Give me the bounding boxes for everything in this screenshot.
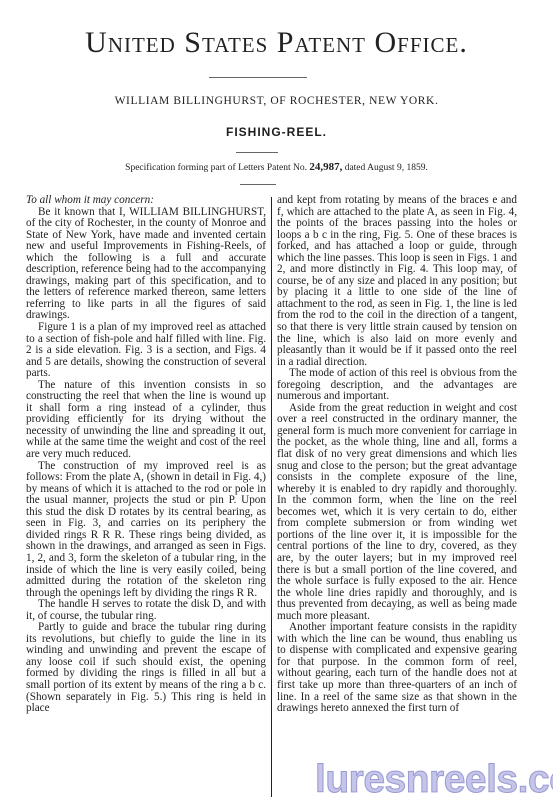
paragraph: Partly to guide and brace the tubular ri… [26, 622, 266, 714]
patent-subject: FISHING-REEL. [0, 125, 553, 139]
paragraph: and kept from rotating by means of the b… [277, 195, 517, 368]
paragraph: The construction of my improved reel is … [26, 461, 266, 600]
office-title: United States Patent Office. [0, 26, 553, 60]
site-watermark: luresnreels.com [315, 758, 553, 800]
paragraph: Aside from the great reduction in weight… [277, 403, 517, 622]
paragraph: Figure 1 is a plan of my improved reel a… [26, 322, 266, 380]
paragraph: Another important feature consists in th… [277, 622, 517, 714]
paragraph: The mode of action of this reel is obvio… [277, 368, 517, 403]
spec-prefix: Specification forming part of Letters Pa… [125, 163, 307, 173]
right-column: and kept from rotating by means of the b… [277, 195, 517, 715]
paragraph: The handle H serves to rotate the disk D… [26, 599, 266, 622]
salutation: To all whom it may concern: [26, 195, 266, 207]
spec-suffix: dated August 9, 1859. [345, 163, 428, 173]
subject-divider [236, 152, 278, 153]
title-divider [209, 77, 307, 78]
specification-line: Specification forming part of Letters Pa… [0, 161, 553, 173]
spec-divider [240, 184, 276, 185]
column-divider [271, 197, 272, 797]
inventor-line: WILLIAM BILLINGHURST, OF ROCHESTER, NEW … [0, 95, 553, 107]
paragraph: The nature of this invention consists in… [26, 380, 266, 461]
patent-number: 24,987, [309, 161, 342, 173]
paragraph: Be it known that I, WILLIAM BILLINGHURST… [26, 207, 266, 322]
left-column: To all whom it may concern: Be it known … [26, 195, 266, 715]
